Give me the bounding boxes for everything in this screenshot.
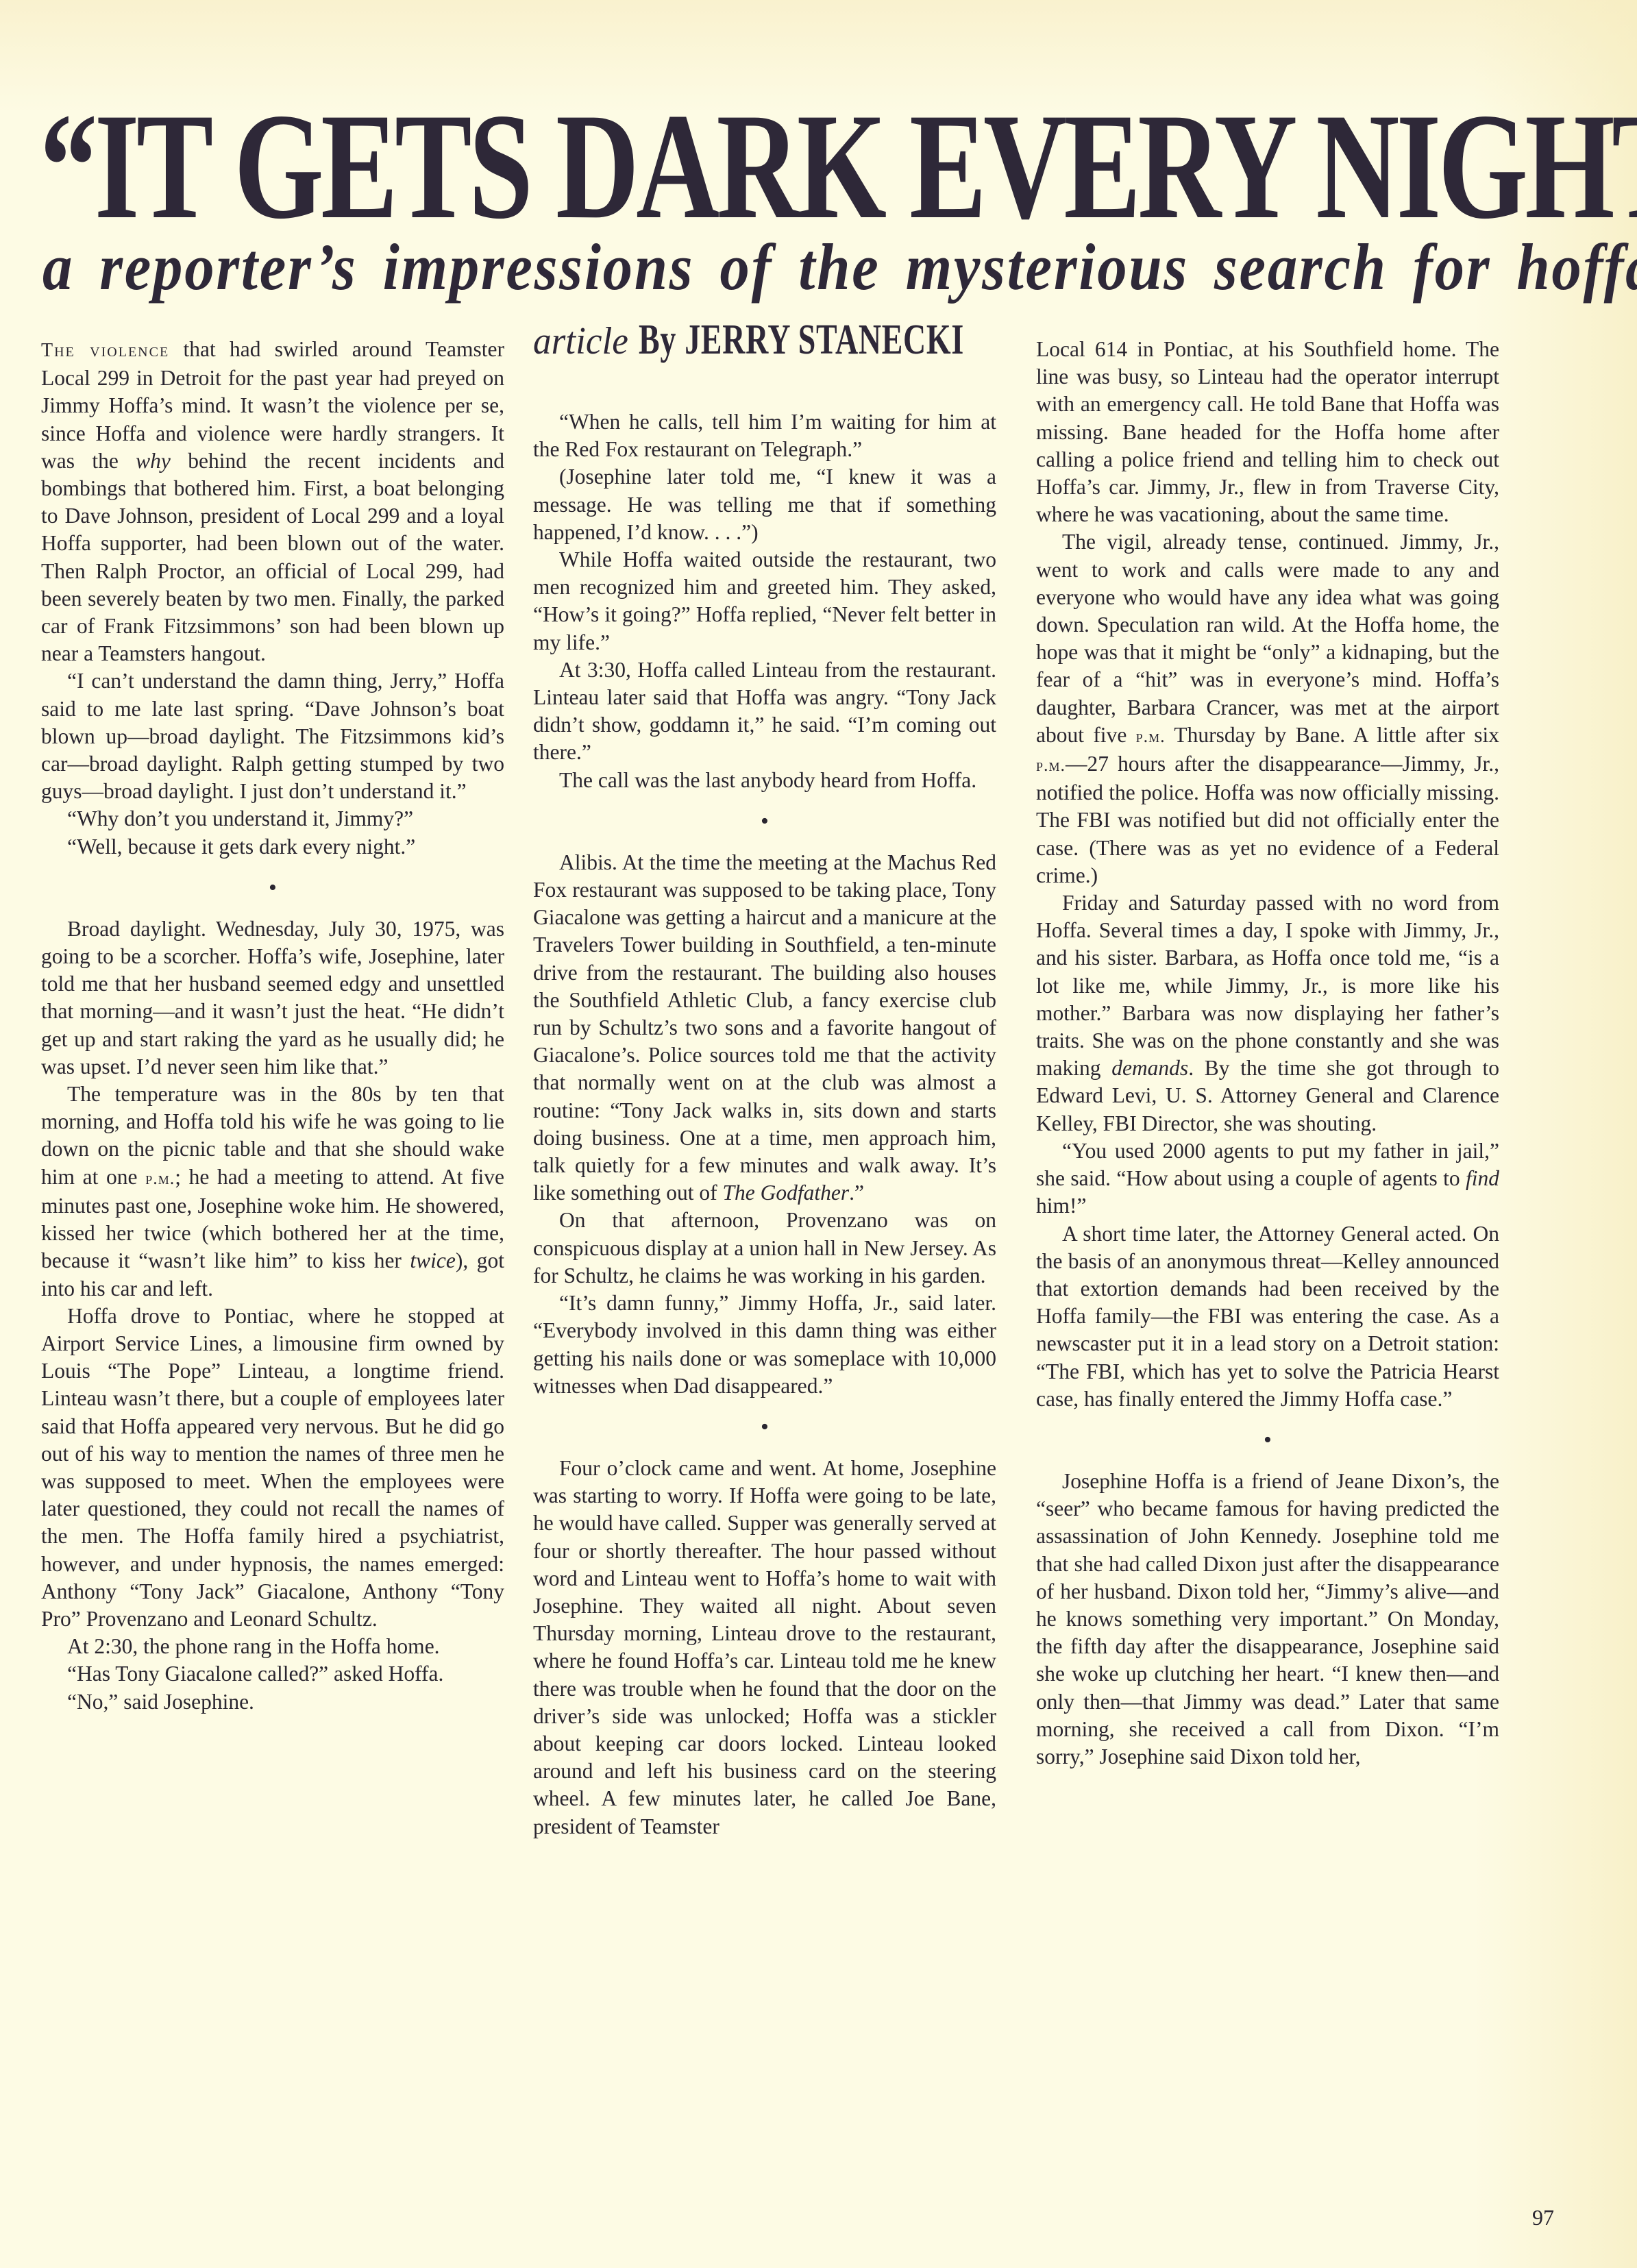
paragraph-text: him!” xyxy=(1036,1194,1086,1218)
paragraph: (Josephine later told me, “I knew it was… xyxy=(533,463,996,546)
paragraph: On that afternoon, Provenzano was on con… xyxy=(533,1207,996,1290)
paragraph: A short time later, the Attorney Gener­a… xyxy=(1036,1220,1499,1413)
lead-in-smallcaps: The violence xyxy=(41,340,169,361)
byline-author: By JERRY STANECKI xyxy=(639,326,964,354)
paragraph: Broad daylight. Wednesday, July 30, 1975… xyxy=(41,915,504,1081)
paragraph-text: —27 hours after the disappear­ance—Jimmy… xyxy=(1036,752,1499,887)
paragraph-text: Friday and Saturday passed with no word … xyxy=(1036,891,1499,1080)
paragraph: “When he calls, tell him I’m waiting for… xyxy=(533,408,996,463)
paragraph: “I can’t understand the damn thing, Jerr… xyxy=(41,667,504,805)
paragraph: The call was the last anybody heard from… xyxy=(533,767,996,794)
paragraph: The vigil, already tense, continued. Jim… xyxy=(1036,528,1499,889)
emphasis: why xyxy=(136,449,171,473)
paragraph: Alibis. At the time the meeting at the M… xyxy=(533,849,996,1207)
time-abbrev: p.m. xyxy=(145,1168,175,1188)
emphasis: find xyxy=(1466,1166,1499,1190)
lead-paragraph: The violence that had swirled around Tea… xyxy=(41,336,504,667)
emphasis: demands xyxy=(1111,1056,1188,1080)
byline: articleBy JERRY STANECKI xyxy=(533,326,996,408)
paragraph: Four o’clock came and went. At home, Jos… xyxy=(533,1455,996,1840)
time-abbrev: p.m. xyxy=(1036,755,1066,775)
section-separator-bullet: • xyxy=(41,861,504,915)
paragraph: Local 614 in Pontiac, at his Southfield … xyxy=(1036,336,1499,528)
paragraph-text: The vigil, already tense, continued. Jim… xyxy=(1036,530,1499,746)
paragraph-text: .” xyxy=(849,1181,864,1205)
paragraph: Friday and Saturday passed with no word … xyxy=(1036,889,1499,1137)
emphasis: twice xyxy=(410,1248,455,1272)
headline: “IT GETS DARK EVERY NIGHT” xyxy=(40,88,1159,245)
section-separator-bullet: • xyxy=(533,1400,996,1455)
paragraph: While Hoffa waited outside the restau­ra… xyxy=(533,546,996,656)
paragraph-text: “You used 2000 agents to put my father i… xyxy=(1036,1139,1499,1190)
section-separator-bullet: • xyxy=(533,794,996,849)
paragraph: “It’s damn funny,” Jimmy Hoffa, Jr., sai… xyxy=(533,1290,996,1400)
article-column-2: articleBy JERRY STANECKI “When he calls,… xyxy=(533,336,996,1840)
byline-kicker: article xyxy=(533,328,628,355)
page-number: 97 xyxy=(1532,2205,1554,2230)
paragraph: “Why don’t you understand it, Jimmy?” xyxy=(41,805,504,833)
article-column-1: The violence that had swirled around Tea… xyxy=(41,336,504,1716)
paragraph: “Has Tony Giacalone called?” asked Hoffa… xyxy=(41,1660,504,1688)
paragraph-text: behind the recent incidents and bombings… xyxy=(41,449,504,665)
section-separator-bullet: • xyxy=(1036,1413,1499,1468)
paragraph: Hoffa drove to Pontiac, where he stopped… xyxy=(41,1303,504,1633)
emphasis: The Godfather xyxy=(722,1181,849,1205)
paragraph-text: Alibis. At the time the meeting at the M… xyxy=(533,850,996,1205)
article-column-3: Local 614 in Pontiac, at his Southfield … xyxy=(1036,336,1499,1771)
paragraph-text: Thursday by Bane. A little after six xyxy=(1166,723,1499,747)
paragraph: At 3:30, Hoffa called Linteau from the r… xyxy=(533,656,996,767)
paragraph: At 2:30, the phone rang in the Hoffa hom… xyxy=(41,1633,504,1660)
paragraph: “No,” said Josephine. xyxy=(41,1688,504,1716)
paragraph: “Well, because it gets dark every night.… xyxy=(41,833,504,861)
paragraph: The temperature was in the 80s by ten th… xyxy=(41,1081,504,1303)
subhead: a reporter’s impressions of the mysterio… xyxy=(42,230,1376,305)
paragraph: “You used 2000 agents to put my father i… xyxy=(1036,1137,1499,1220)
time-abbrev: p.m. xyxy=(1136,726,1166,746)
paragraph: Josephine Hoffa is a friend of Jeane Dix… xyxy=(1036,1468,1499,1771)
